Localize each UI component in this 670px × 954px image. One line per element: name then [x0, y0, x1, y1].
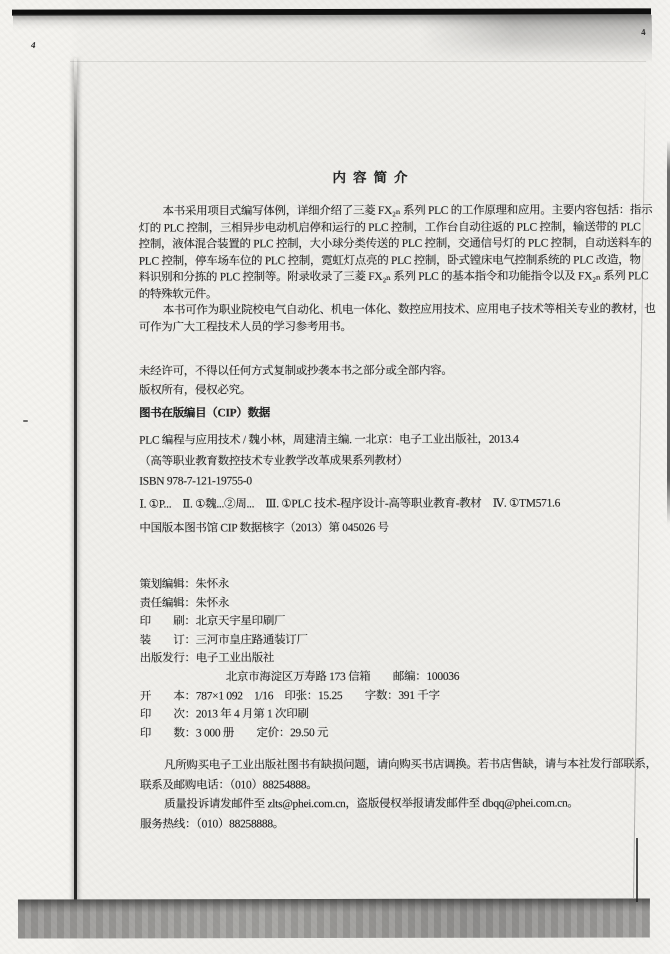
intro-line: 料识别和分拣的 PLC 控制等。附录收录了三菱 FX₂ₙ 系列 PLC 的基本指…	[139, 268, 609, 286]
notice-line: 凡所购买电子工业出版社图书有缺损问题，请向购买书店调换。若书店售缺，请与本社发行…	[140, 755, 610, 776]
purchase-notice-block: 凡所购买电子工业出版社图书有缺损问题，请向购买书店调换。若书店售缺，请与本社发行…	[140, 755, 610, 835]
scan-artifact-mark: 4	[30, 40, 36, 51]
scan-bottom-gray-band	[18, 898, 650, 938]
book-gutter-shadow	[74, 58, 77, 904]
copyright-line: 未经许可，不得以任何方式复制或抄袭本书之部分或全部内容。	[139, 361, 609, 381]
intro-paragraphs: 本书采用项目式编写体例，详细介绍了三菱 FX₂ₙ 系列 PLC 的工作原理和应用…	[139, 202, 609, 335]
cip-heading: 图书在版编目（CIP）数据	[139, 403, 609, 420]
cip-line: PLC 编程与应用技术 / 魏小林，周建清主编. 一北京：电子工业出版社，201…	[139, 429, 609, 451]
notice-line: 质量投诉请发邮件至 zlts@phei.com.cn，盗版侵权举报请发邮件至 d…	[140, 795, 610, 816]
page-text-content: 内容简介 本书采用项目式编写体例，详细介绍了三菱 FX₂ₙ 系列 PLC 的工作…	[138, 0, 608, 1]
cip-classification: Ⅰ. ①P... Ⅱ. ①魏...②周... Ⅲ. ①PLC 技术-程序设计-高…	[139, 494, 609, 511]
notice-line: 联系及邮购电话：（010）88254888。	[140, 775, 610, 796]
intro-line: 本书采用项目式编写体例，详细介绍了三菱 FX₂ₙ 系列 PLC 的工作原理和应用…	[139, 202, 609, 220]
cip-registry-number: 中国版本图书馆 CIP 数据核字（2013）第 045026 号	[139, 518, 609, 535]
colophon-line: 印 次：2013 年 4 月第 1 次印刷	[140, 705, 610, 725]
page-right-edge-line	[633, 70, 646, 898]
publisher-address-line: 北京市海淀区万寿路 173 信箱 邮编：100036	[140, 667, 610, 687]
page-fold-hairline	[70, 61, 646, 62]
intro-line: 灯的 PLC 控制，三相异步电动机启停和运行的 PLC 控制，工作台自动往返的 …	[139, 219, 609, 237]
copyright-line: 版权所有，侵权必究。	[139, 380, 609, 400]
colophon-line: 装 订：三河市皇庄路通装订厂	[140, 630, 610, 650]
copyright-notice: 未经许可，不得以任何方式复制或抄袭本书之部分或全部内容。 版权所有，侵权必究。	[139, 361, 609, 400]
intro-line: PLC 控制，停车场车位的 PLC 控制，霓虹灯点亮的 PLC 控制，卧式镗床电…	[139, 252, 609, 270]
colophon-line: 印 数：3 000 册 定价：29.50 元	[140, 723, 610, 743]
notice-line: 服务热线：（010）88258888。	[140, 814, 610, 835]
colophon-line: 印 刷：北京天宇星印刷厂	[140, 612, 610, 632]
section-title: 内容简介	[138, 165, 608, 186]
intro-line: 控制，液体混合装置的 PLC 控制，大小球分类传送的 PLC 控制，交通信号灯的…	[139, 235, 609, 253]
page-bottom-right-edge	[636, 838, 638, 902]
scan-speck	[23, 420, 28, 422]
colophon-line: 出版发行：电子工业出版社	[140, 649, 610, 669]
cip-isbn: ISBN 978-7-121-19755-0	[139, 471, 609, 493]
colophon-line: 开 本：787×1 092 1/16 印张：15.25 字数：391 千字	[140, 686, 610, 706]
colophon-block: 策划编辑：朱怀永 责任编辑：朱怀永 印 刷：北京天宇星印刷厂 装 订：三河市皇庄…	[140, 574, 610, 743]
intro-line: 可作为广大工程技术人员的学习参考用书。	[139, 318, 609, 336]
scanned-book-page: 4 4 内容简介 本书采用项目式编写体例，详细介绍了三菱 FX₂ₙ 系列 PLC…	[0, 0, 670, 954]
cip-line: （高等职业教育数控技术专业教学改革成果系列教材）	[139, 450, 609, 472]
colophon-line: 策划编辑：朱怀永	[140, 574, 610, 594]
intro-line: 的特殊软元件。	[139, 285, 609, 303]
scan-top-gray-band	[420, 15, 652, 63]
colophon-line: 责任编辑：朱怀永	[140, 593, 610, 613]
intro-line: 本书可作为职业院校电气自动化、机电一体化、数控应用技术、应用电子技术等相关专业的…	[139, 301, 609, 319]
scan-artifact-mark: 4	[640, 27, 646, 37]
cip-record: PLC 编程与应用技术 / 魏小林，周建清主编. 一北京：电子工业出版社，201…	[139, 429, 609, 492]
